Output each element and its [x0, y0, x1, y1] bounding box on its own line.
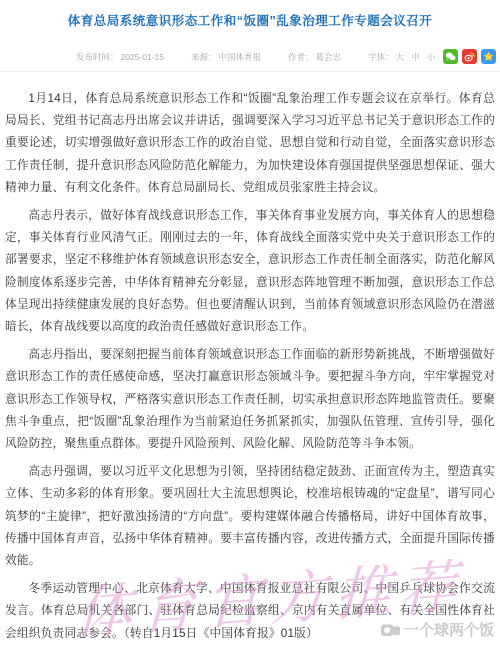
author-value: 葛会忠 [316, 51, 342, 63]
article-meta: 发布时间： 2025-01-15 来源： 中国体育报 作者： 葛会忠 字体： 大… [0, 49, 500, 64]
source-label: 来源： [191, 51, 217, 63]
font-size-controls: 大中小 [396, 51, 436, 63]
wechat-share-icon[interactable] [443, 49, 458, 64]
meta-fields: 发布时间： 2025-01-15 来源： 中国体育报 作者： 葛会忠 字体： 大… [76, 51, 443, 63]
paragraph: 冬季运动管理中心、北京体育大学、中国体育报业总社有限公司、中国乒乓球协会作交流发… [5, 578, 495, 645]
paragraph: 高志丹强调，要以习近平文化思想为引领，坚持团结稳定鼓劲、正面宣传为主，塑造真实立… [5, 461, 495, 572]
qzone-share-icon[interactable] [481, 49, 496, 64]
article-body: 1月14日，体育总局系统意识形态工作和“饭圈”乱象治理工作专题会议在京举行。体育… [0, 72, 500, 645]
source-value: 中国体育报 [219, 51, 262, 63]
font-size-option[interactable]: 大 [396, 51, 405, 63]
paragraph: 1月14日，体育总局系统意识形态工作和“饭圈”乱象治理工作专题会议在京举行。体育… [5, 88, 495, 199]
publish-time-label: 发布时间： [76, 51, 119, 63]
publish-time: 发布时间： 2025-01-15 [76, 51, 164, 63]
article-page: 体育总局系统意识形态工作和“饭圈”乱象治理工作专题会议召开 发布时间： 2025… [0, 0, 500, 647]
share-buttons [443, 49, 496, 64]
author: 作者： 葛会忠 [288, 51, 341, 63]
font-size-option[interactable]: 中 [411, 51, 420, 63]
paragraph: 高志丹指出，要深刻把握当前体育领域意识形态工作面临的新形势新挑战，不断增强做好意… [5, 344, 495, 455]
font-size-label: 字体： [368, 51, 394, 63]
source: 来源： 中国体育报 [191, 51, 261, 63]
publish-time-value: 2025-01-15 [121, 52, 164, 62]
font-size-setting: 字体： 大中小 [368, 51, 435, 63]
weibo-share-icon[interactable] [462, 49, 477, 64]
author-label: 作者： [288, 51, 314, 63]
article-title: 体育总局系统意识形态工作和“饭圈”乱象治理工作专题会议召开 [40, 13, 460, 30]
paragraph: 高志丹表示，做好体育战线意识形态工作，事关体育事业发展方向，事关体育人的思想稳定… [5, 205, 495, 338]
font-size-option[interactable]: 小 [427, 51, 436, 63]
